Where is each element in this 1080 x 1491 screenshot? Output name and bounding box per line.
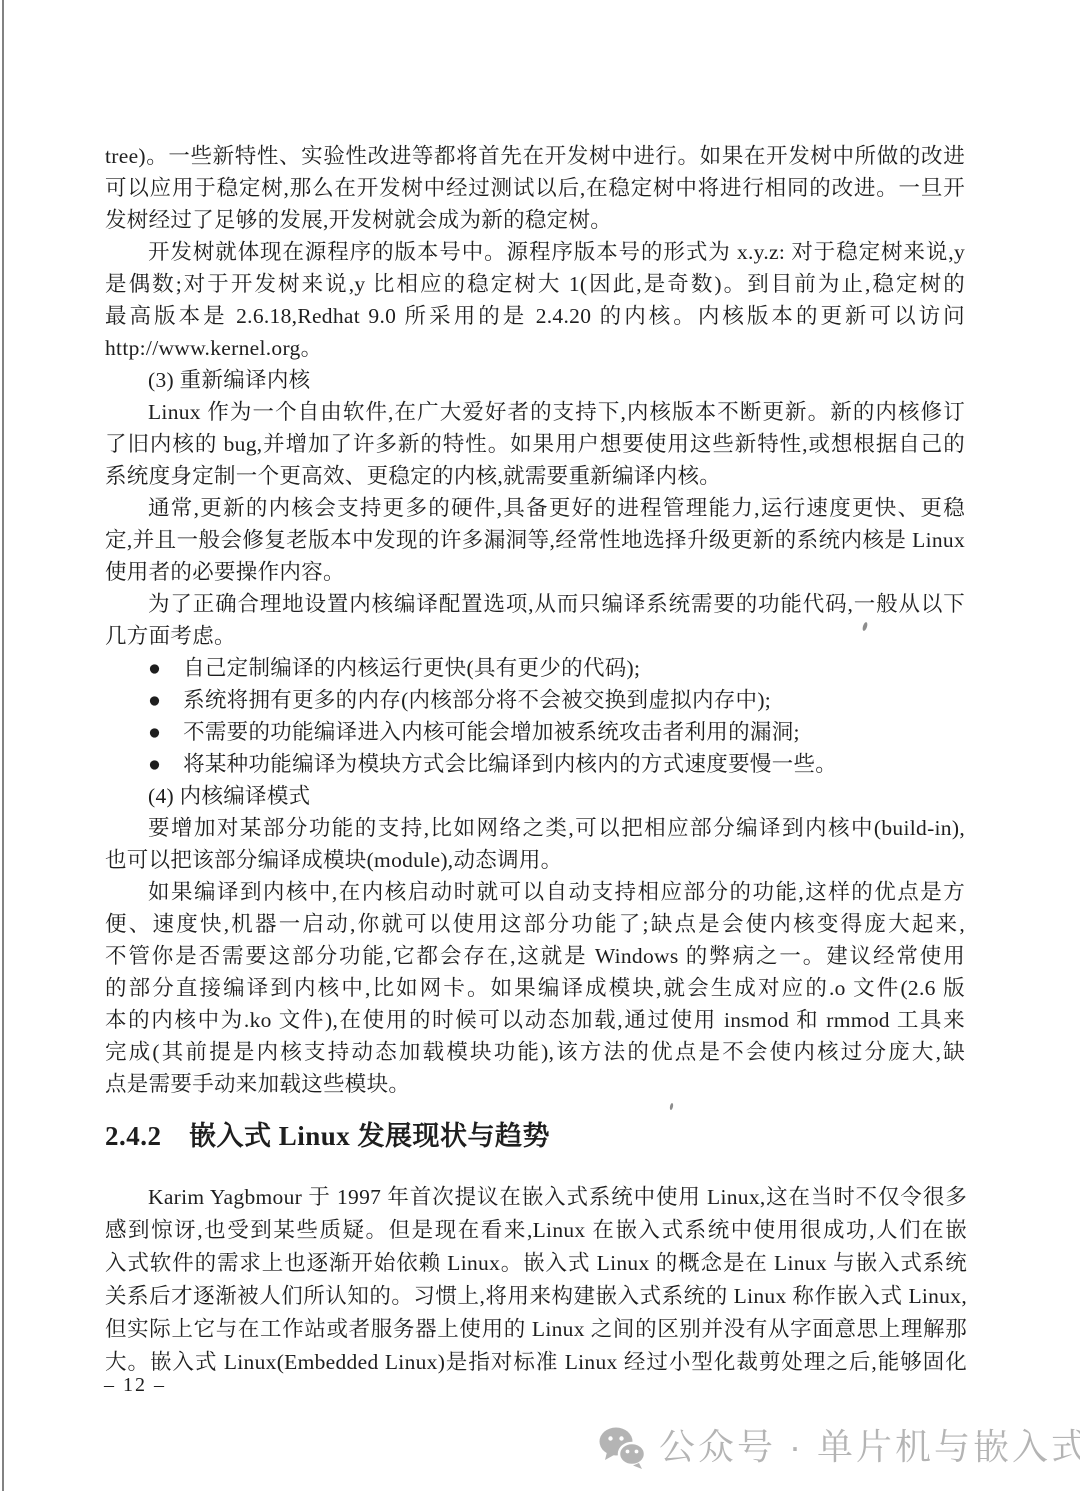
text-line: 了旧内核的 bug,并增加了许多新的特性。如果用户想要使用这些新特性,或想根据自… [105, 428, 965, 460]
text-line: 发树经过了足够的发展,开发树就会成为新的稳定树。 [105, 204, 965, 236]
text-line: 完成(其前提是内核支持动态加载模块功能),该方法的优点是不会使内核过分庞大,缺 [105, 1036, 965, 1068]
embedded-linux-paragraph: Karim Yagbmour 于 1997 年首次提议在嵌入式系统中使用 Lin… [105, 1181, 967, 1379]
text-line: 可以应用于稳定树,那么在开发树中经过测试以后,在稳定树中将进行相同的改进。一旦开 [105, 172, 965, 204]
scan-speck [669, 1103, 673, 1110]
text-line: 也可以把该部分编译成模块(module),动态调用。 [105, 844, 965, 876]
text-line: 便、速度快,机器一启动,你就可以使用这部分功能了;缺点是会使内核变得庞大起来, [105, 908, 965, 940]
watermark-text: 公众号 · 单片机与嵌入式学堂 [659, 1423, 1080, 1471]
text-line: 定,并且一般会修复老版本中发现的许多漏洞等,经常性地选择升级更新的系统内核是 L… [105, 524, 965, 556]
text-line: 入式软件的需求上也逐渐开始依赖 Linux。嵌入式 Linux 的概念是在 Li… [105, 1247, 967, 1280]
subsection-heading: (3) 重新编译内核 [105, 364, 965, 396]
scanned-document-page: tree)。一些新特性、实验性改进等都将首先在开发树中进行。如果在开发树中所做的… [0, 0, 1080, 1491]
text-line: 开发树就体现在源程序的版本号中。源程序版本号的形式为 x.y.z: 对于稳定树来… [105, 236, 965, 268]
text-line: 点是需要手动来加载这些模块。 [105, 1068, 965, 1100]
text-line: 要增加对某部分功能的支持,比如网络之类,可以把相应部分编译到内核中(build-… [105, 812, 965, 844]
text-line: Karim Yagbmour 于 1997 年首次提议在嵌入式系统中使用 Lin… [105, 1181, 967, 1214]
text-line: 使用者的必要操作内容。 [105, 556, 965, 588]
text-line: 是偶数;对于开发树来说,y 比相应的稳定树大 1(因此,是奇数)。到目前为止,稳… [105, 268, 965, 300]
bullet-list-item: ● 自己定制编译的内核运行更快(具有更少的代码); [105, 652, 965, 684]
text-line: 关系后才逐渐被人们所认知的。习惯上,将用来构建嵌入式系统的 Linux 称作嵌入… [105, 1280, 967, 1313]
section-heading-2-4-2: 2.4.2 嵌入式 Linux 发展现状与趋势 [105, 1118, 965, 1154]
text-line: tree)。一些新特性、实验性改进等都将首先在开发树中进行。如果在开发树中所做的… [105, 140, 965, 172]
kernel-url-text: http://www.kernel.org。 [105, 332, 965, 364]
text-line: 几方面考虑。 [105, 620, 965, 652]
text-line: 本的内核中为.ko 文件),在使用的时候可以动态加载,通过使用 insmod 和… [105, 1004, 965, 1036]
wechat-icon [598, 1425, 646, 1469]
text-line: Linux 作为一个自由软件,在广大爱好者的支持下,内核版本不断更新。新的内核修… [105, 396, 965, 428]
text-line: 感到惊讶,也受到某些质疑。但是现在看来,Linux 在嵌入式系统中使用很成功,人… [105, 1214, 967, 1247]
text-line: 但实际上它与在工作站或者服务器上使用的 Linux 之间的区别并没有从字面意思上… [105, 1313, 967, 1346]
page-number: – 12 – [104, 1372, 166, 1398]
watermark: 公众号 · 单片机与嵌入式学堂 [598, 1423, 1080, 1471]
bullet-list-item: ● 系统将拥有更多的内存(内核部分将不会被交换到虚拟内存中); [105, 684, 965, 716]
text-line: 系统度身定制一个更高效、更稳定的内核,就需要重新编译内核。 [105, 460, 965, 492]
bullet-list-item: ● 不需要的功能编译进入内核可能会增加被系统攻击者利用的漏洞; [105, 716, 965, 748]
text-line: 大。嵌入式 Linux(Embedded Linux)是指对标准 Linux 经… [105, 1346, 967, 1379]
text-line: 的部分直接编译到内核中,比如网卡。如果编译成模块,就会生成对应的.o 文件(2.… [105, 972, 965, 1004]
text-line: 为了正确合理地设置内核编译配置选项,从而只编译系统需要的功能代码,一般从以下 [105, 588, 965, 620]
text-line: 如果编译到内核中,在内核启动时就可以自动支持相应部分的功能,这样的优点是方 [105, 876, 965, 908]
bullet-list-item: ● 将某种功能编译为模块方式会比编译到内核内的方式速度要慢一些。 [105, 748, 965, 780]
text-line: 不管你是否需要这部分功能,它都会存在,这就是 Windows 的弊病之一。建议经… [105, 940, 965, 972]
text-line: 通常,更新的内核会支持更多的硬件,具备更好的进程管理能力,运行速度更快、更稳 [105, 492, 965, 524]
subsection-heading: (4) 内核编译模式 [105, 780, 965, 812]
scan-edge-line [2, 0, 4, 1491]
document-body: tree)。一些新特性、实验性改进等都将首先在开发树中进行。如果在开发树中所做的… [105, 140, 965, 1100]
text-line: 最高版本是 2.6.18,Redhat 9.0 所采用的是 2.4.20 的内核… [105, 300, 965, 332]
